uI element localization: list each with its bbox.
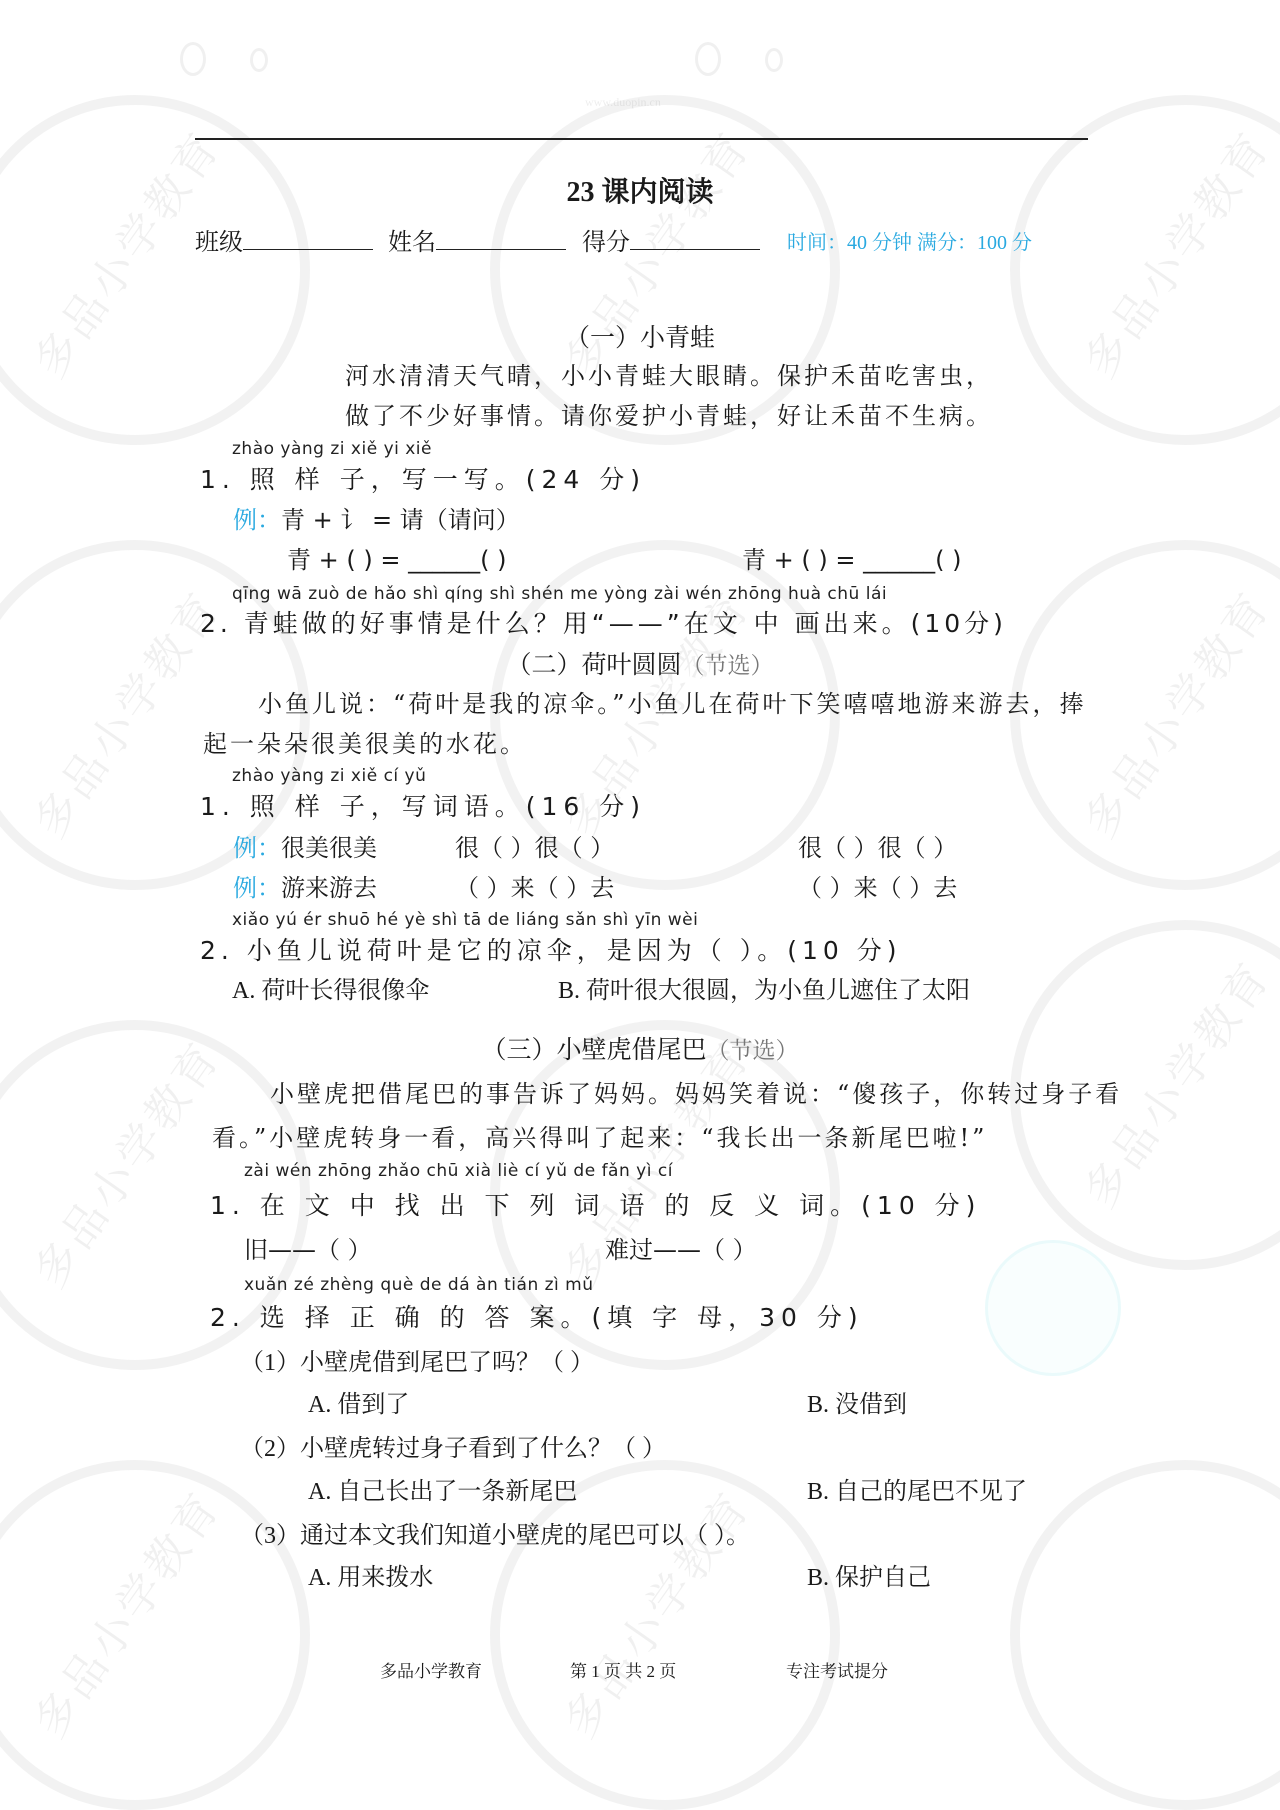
watermark-ring [0, 95, 310, 445]
footer-slogan: 专注考试提分 [786, 1657, 888, 1682]
option-b[interactable]: B. 自己的尾巴不见了 [807, 1471, 1027, 1506]
question-text: 1. 照 样 子，写一写。(24 分) [200, 460, 646, 496]
paragraph-line: 小壁虎把借尾巴的事告诉了妈妈。妈妈笑着说：“傻孩子，你转过身子看 [270, 1074, 1122, 1109]
option-a[interactable]: A. 自己长出了一条新尾巴 [308, 1471, 577, 1506]
pinyin-line: qīng wā zuò de hǎo shì qíng shì shén me … [232, 584, 887, 604]
watermark-text: 多品小学教育 [15, 1026, 233, 1299]
page-title: 23 课内阅读 [0, 170, 1280, 210]
watermark-dot [695, 42, 721, 76]
question-text: 1. 在 文 中 找 出 下 列 词 语 的 反 义 词。(10 分) [210, 1186, 981, 1222]
option-a[interactable]: A. 荷叶长得很像伞 [232, 970, 429, 1005]
answer-blank-row[interactable]: 很（ ）很（ ） [798, 828, 957, 863]
name-label: 姓名 [388, 230, 436, 256]
question-text: 1. 照 样 子，写词语。(16 分) [200, 787, 646, 823]
example-row: 例：很美很美 [233, 828, 377, 863]
section2-title-text: （二）荷叶圆圆 [506, 650, 681, 679]
score-input[interactable] [630, 227, 760, 250]
option-b[interactable]: B. 保护自己 [807, 1557, 931, 1592]
option-b[interactable]: B. 荷叶很大很圆，为小鱼儿遮住了太阳 [558, 970, 970, 1005]
section2-subtitle: （节选） [682, 653, 774, 679]
section3-title: （三）小壁虎借尾巴（节选） [0, 1030, 1280, 1066]
mascot-illustration [985, 1240, 1121, 1376]
watermark-dot [765, 48, 783, 72]
pinyin-line: zhào yàng zi xiě yi xiě [232, 439, 432, 459]
poem-line: 做了不少好事情。请你爱护小青蛙，好让禾苗不生病。 [345, 396, 993, 431]
time-score-info: 时间：40 分钟 满分：100 分 [787, 226, 1032, 255]
watermark-url: www.duopin.cn [585, 95, 661, 110]
watermark-dot [250, 48, 268, 72]
watermark-ring [1010, 95, 1280, 445]
pinyin-line: zài wén zhōng zhǎo chū xià liè cí yǔ de … [244, 1161, 673, 1181]
header-rule [195, 138, 1088, 140]
watermark-ring [490, 1460, 840, 1810]
watermark-text: 多品小学教育 [15, 1476, 233, 1749]
section2-title: （二）荷叶圆圆（节选） [0, 645, 1280, 681]
answer-blank-row[interactable]: （ ）来（ ）去 [798, 868, 957, 903]
question-text: 2. 小鱼儿说荷叶是它的凉伞，是因为（ ）。(10 分) [200, 931, 902, 967]
watermark-dot [180, 42, 206, 76]
example-text: 游来游去 [281, 874, 377, 902]
paragraph-line: 起一朵朵很美很美的水花。 [203, 724, 527, 759]
footer-brand: 多品小学教育 [380, 1657, 482, 1682]
class-field: 班级 [195, 222, 373, 257]
sub-question: （3）通过本文我们知道小壁虎的尾巴可以（ ）。 [240, 1515, 750, 1550]
name-input[interactable] [436, 227, 566, 250]
watermark-ring [1010, 1460, 1280, 1810]
section1-title: （一）小青蛙 [0, 318, 1280, 354]
pinyin-line: zhào yàng zi xiě cí yǔ [232, 766, 426, 786]
footer-page-number: 第 1 页 共 2 页 [570, 1657, 676, 1682]
example-label: 例： [233, 506, 281, 534]
answer-blank-row[interactable]: （ ）来（ ）去 [455, 868, 614, 903]
paragraph-line: 看。”小壁虎转身一看，高兴得叫了起来：“我长出一条新尾巴啦!” [212, 1118, 987, 1153]
sub-question: （1）小壁虎借到尾巴了吗？（ ） [240, 1342, 594, 1377]
answer-blank-row[interactable]: 青 + ( ) = ______( ) [742, 540, 961, 575]
sub-question: （2）小壁虎转过身子看到了什么？（ ） [240, 1428, 666, 1463]
name-field: 姓名 [388, 222, 566, 257]
antonym-blank[interactable]: 旧——（ ） [244, 1230, 372, 1265]
antonym-blank[interactable]: 难过——（ ） [605, 1230, 757, 1265]
example-row: 例：青 + 讠 = 请（请问） [233, 500, 520, 535]
section3-title-text: （三）小壁虎借尾巴 [481, 1035, 706, 1064]
class-input[interactable] [243, 227, 373, 250]
option-a[interactable]: A. 借到了 [308, 1384, 409, 1419]
pinyin-line: xiǎo yú ér shuō hé yè shì tā de liáng sǎ… [232, 910, 698, 930]
watermark-text: 多品小学教育 [1065, 576, 1280, 849]
question-text: 2. 青蛙做的好事情是什么？用“——”在文 中 画出来。(10分) [200, 604, 1007, 640]
pinyin-line: xuǎn zé zhèng què de dá àn tián zì mǔ [244, 1275, 594, 1295]
class-label: 班级 [195, 230, 243, 256]
example-label: 例： [233, 834, 281, 862]
answer-blank-row[interactable]: 很（ ）很（ ） [455, 828, 614, 863]
poem-line: 河水清清天气晴，小小青蛙大眼睛。保护禾苗吃害虫， [345, 356, 993, 391]
option-b[interactable]: B. 没借到 [807, 1384, 907, 1419]
example-row: 例：游来游去 [233, 868, 377, 903]
score-field: 得分 [582, 222, 760, 257]
option-a[interactable]: A. 用来拨水 [308, 1557, 433, 1592]
score-label: 得分 [582, 230, 630, 256]
section3-subtitle: （节选） [707, 1038, 799, 1064]
example-label: 例： [233, 874, 281, 902]
question-text: 2. 选 择 正 确 的 答 案。(填 字 母，30 分) [210, 1298, 864, 1334]
paragraph-line: 小鱼儿说：“荷叶是我的凉伞。”小鱼儿在荷叶下笑嘻嘻地游来游去，捧 [258, 684, 1087, 719]
answer-blank-row[interactable]: 青 + ( ) = ______( ) [287, 540, 506, 575]
example-text: 青 + 讠 = 请（请问） [281, 506, 520, 534]
watermark-ring [490, 95, 840, 445]
example-text: 很美很美 [281, 834, 377, 862]
watermark-ring [0, 1460, 310, 1810]
